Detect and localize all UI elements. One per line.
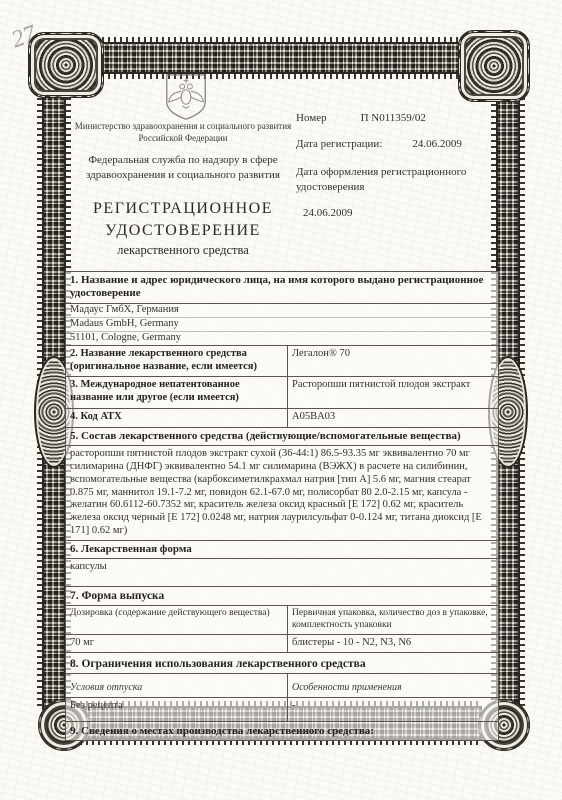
packaging-value: блистеры - 10 - N2, N3, N6 [288,635,498,652]
document-title-line2: УДОСТОВЕРЕНИЕ [62,220,304,242]
holder-address: 51101, Cologne, Germany [66,331,498,345]
corner-rosette-top-left [28,32,104,98]
section8-title-row: 8. Ограничения использования лекарственн… [66,652,498,673]
section7-data-row: 70 мг блистеры - 10 - N2, N3, N6 [66,634,498,652]
section4-label: 4. Код АТХ [66,409,288,427]
section7-title: 7. Форма выпуска [66,587,498,605]
dosage-form-value: капсулы [66,559,498,586]
registration-date-label: Дата регистрации: [296,138,382,150]
application-features-header: Особенности применения [288,674,498,697]
packaging-column-header: Первичная упаковка, количество доз в упа… [288,606,498,634]
holder-address-rows: Мадаус ГмбХ, Германия Madaus GmbH, Germa… [66,303,498,345]
section9-title-row: 9. Сведения о местах производства лекарс… [66,721,498,740]
section6-title: 6. Лекарственная форма [66,541,498,558]
issue-date-value: 24.06.2009 [296,207,498,219]
section3-label: 3. Международное непатентованное названи… [66,377,288,408]
border-top-band [62,42,462,74]
coat-of-arms-emblem [157,73,215,123]
document-title: РЕГИСТРАЦИОННОЕ УДОСТОВЕРЕНИЕ [62,198,304,241]
section5-body-row: расторопши пятнистой плодов экстракт сух… [66,445,498,540]
section1-title: 1. Название и адрес юридического лица, н… [66,272,498,303]
federal-service-name: Федеральная служба по надзору в сфере зд… [62,153,304,183]
registration-date-value: 24.06.2009 [412,138,462,150]
dispensing-conditions-value: Без рецепта [66,698,288,721]
registration-number-row: Номер П N011359/02 [296,112,498,124]
section6-value-row: капсулы [66,558,498,586]
section5-title: 5. Состав лекарственного средства (дейст… [66,428,498,445]
holder-name-en: Madaus GmbH, Germany [66,317,498,331]
section2-row: 2. Название лекарственного средства (ори… [66,345,498,376]
section4-row: 4. Код АТХ A05BA03 [66,408,498,427]
section6-title-row: 6. Лекарственная форма [66,540,498,558]
certificate-table: 1. Название и адрес юридического лица, н… [65,271,499,741]
dispensing-conditions-header: Условия отпуска [66,674,288,697]
trade-name-value: Легалон® 70 [288,346,498,376]
registration-date-row: Дата регистрации: 24.06.2009 [296,138,498,150]
ministry-name: Министерство здравоохранения и социально… [62,121,304,144]
section9-title: 9. Сведения о местах производства лекарс… [66,722,498,740]
section7-header-row: Дозировка (содержание действующего вещес… [66,605,498,634]
number-label: Номер [296,112,327,124]
section8-header-row: Условия отпуска Особенности применения [66,673,498,697]
registration-number-value: П N011359/02 [361,112,426,124]
section3-row: 3. Международное непатентованное названи… [66,376,498,408]
double-headed-eagle-icon [157,73,215,123]
registration-details-block: Номер П N011359/02 Дата регистрации: 24.… [296,112,498,219]
application-features-value: - [288,698,498,721]
atc-code-value: A05BA03 [288,409,498,427]
holder-name-ru: Мадаус ГмбХ, Германия [66,304,498,317]
dosage-value: 70 мг [66,635,288,652]
section8-title: 8. Ограничения использования лекарственн… [66,653,498,673]
document-title-line1: РЕГИСТРАЦИОННОЕ [62,198,304,220]
document-subtitle: лекарственного средства [62,243,304,258]
corner-rosette-top-right [458,30,530,102]
section2-label: 2. Название лекарственного средства (ори… [66,346,288,376]
certificate-scan-page: 27 Министерство здравоохранения и социал… [0,0,562,800]
composition-text: расторопши пятнистой плодов экстракт сух… [66,446,498,540]
section7-title-row: 7. Форма выпуска [66,586,498,605]
dosage-column-header: Дозировка (содержание действующего вещес… [66,606,288,634]
section5-title-row: 5. Состав лекарственного средства (дейст… [66,427,498,445]
issue-date-label: Дата оформления регистрационного удостов… [296,165,498,195]
section1-row: 1. Название и адрес юридического лица, н… [66,272,498,303]
issuing-authority-block: Министерство здравоохранения и социально… [62,121,304,258]
inn-name-value: Расторопши пятнистой плодов экстракт [288,377,498,408]
section8-data-row: Без рецепта - [66,697,498,721]
